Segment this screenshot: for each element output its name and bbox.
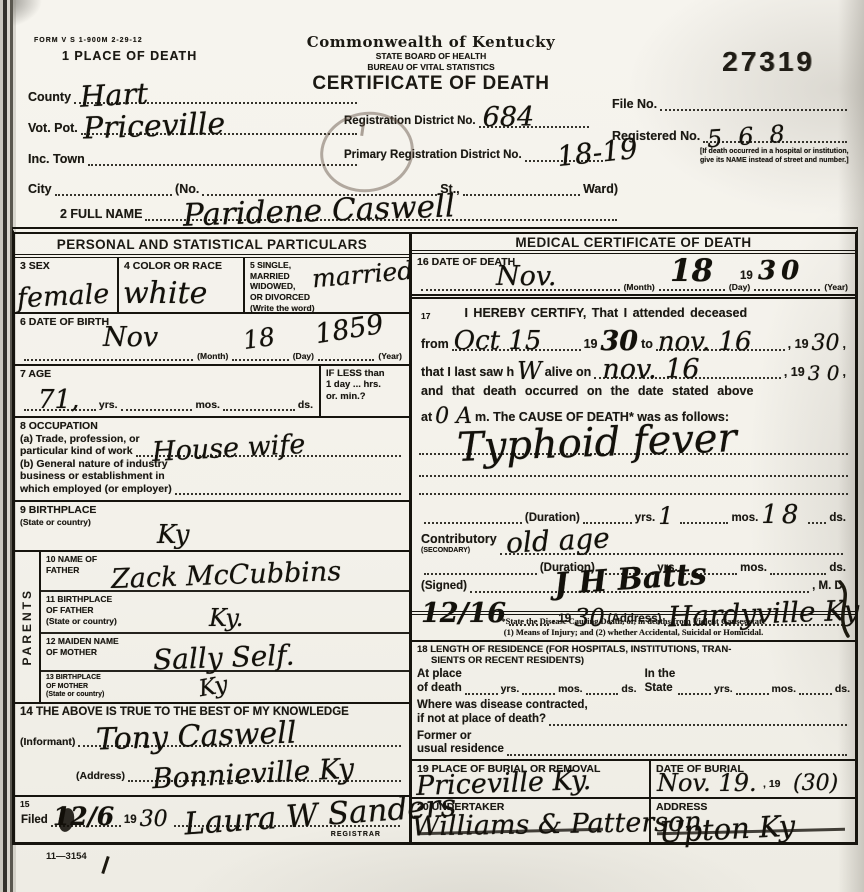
medical-certificate-title: MEDICAL CERTIFICATE OF DEATH [412,234,855,254]
filed-year-handwriting: 30 [140,809,168,831]
occupation-a-dotted-line: House wife [136,452,401,457]
attended-dates-line: from Oct 15 19 30 to nov. 16 , 19 30 , [419,325,848,352]
contracted-dots [549,721,847,726]
contributory-value-handwriting: old age [505,524,610,557]
father-birthplace-handwriting: Ky. [209,606,243,630]
from-label: from [421,337,449,352]
dob-month-sublabel: (Month) [197,351,228,362]
contributory-dotted-line: old age [500,550,843,555]
dod-year-sublabel: (Year) [824,282,848,293]
contracted-line2: if not at place of death? [417,713,850,727]
dod-month-sublabel: (Month) [624,282,655,293]
if-less-l2: 1 day ... hrs. [326,379,404,390]
occupation-row: 8 OCCUPATION (a) Trade, profession, or p… [15,418,409,502]
filed-row: 15 Filed 12/6 19 30 Laura W Sanders REGI… [15,797,409,842]
duration1-mos-label: mos. [731,512,758,526]
if-less-label: IF LESS than 1 day ... hrs. or. min.? [326,368,404,402]
res-yrs-dots [465,690,498,695]
last-saw-dotted-line: nov. 16 [594,374,781,379]
physician-signature-handwriting: J H Batts [553,559,708,600]
at-place-stack: At place of death [417,668,462,696]
from-year-handwriting: 30 [600,328,638,355]
age-value-handwriting: 71, [38,387,79,413]
death-occurred-line: and that death occurred on the date stat… [419,384,848,399]
contributory-label: Contributory [421,532,497,547]
form-code: FORM V S 1-900M 2-29-12 [34,37,143,46]
full-name-dotted-line: Paridene Caswell [145,216,617,221]
filed-line: Filed 12/6 19 30 Laura W Sanders [21,806,403,828]
last-saw-year-handwriting: 3 0 [808,363,840,383]
if-less-l1: IF LESS than [326,368,404,379]
age-row: 7 AGE 71, yrs. mos. ds. IF LESS tha [15,366,409,418]
age-yrs-label: yrs. [99,399,118,412]
undertaker-address-cell: ADDRESS Upton Ky [651,799,855,842]
personal-particulars-column: PERSONAL AND STATISTICAL PARTICULARS 3 S… [15,234,412,842]
secondary-note: (SECONDARY) [421,547,497,556]
parents-rows: 10 NAME OF FATHER Zack McCubbins 11 BIRT… [41,552,409,702]
res-mos: mos. [558,683,583,696]
from-dotted-line: Oct 15 [452,346,581,351]
certificate-number: 27319 [722,46,815,78]
death-certificate-scan: FORM V S 1-900M 2-29-12 1 PLACE OF DEATH… [0,0,864,892]
mother-name-handwriting: Sally Self. [153,641,295,674]
state-yrs-dots [678,690,711,695]
full-name-label: 2 FULL NAME [60,207,142,222]
inc-town-line: Inc. Town [28,152,360,167]
age-yrs-dotted-line: 71, [24,406,96,411]
age-ds-label: ds. [298,399,313,412]
informant-value-handwriting: Tony Caswell [96,719,297,756]
occupation-b-line3: which employed (or employer) [20,483,404,496]
registration-district-value-handwriting: 684 [483,104,535,131]
residence-label-line2: SIENTS OR RECENT RESIDENTS) [417,655,850,666]
informant-address-label: (Address) [76,770,125,783]
in-state-stack: In the State [645,668,676,696]
age-mos-label: mos. [195,399,220,412]
dod-day-dotted-line [659,286,725,291]
registrar-label: REGISTRAR [331,831,381,840]
occupation-b-label3: which employed (or employer) [20,483,172,496]
dob-year-sublabel: (Year) [378,351,402,362]
duration2-lead-dots [424,570,537,575]
duration1-dots-c [808,519,826,524]
if-less-cell: IF LESS than 1 day ... hrs. or. min.? [321,366,409,416]
age-mos-dotted-line [121,406,193,411]
duration2-mos-label: mos. [740,562,767,576]
sex-race-marital-row: 3 SEX female 4 COLOR OR RACE white 5 SIN… [15,258,409,314]
to-date-handwriting: nov. 16 [658,329,752,355]
ink-flourish-icon [832,580,860,640]
birthplace-row: 9 BIRTHPLACE (State or country) Ky [15,502,409,552]
to-label: to [641,337,653,352]
to-dotted-line: nov. 16 [656,346,785,351]
dod-year-handwriting: 30 [758,258,804,284]
vot-pot-value-handwriting: Priceville [82,110,225,145]
former-line1: Former or [417,730,850,744]
informant-line: (Informant) Tony Caswell [20,736,404,749]
occupation-b-dotted-line [175,490,401,495]
birthplace-label: 9 BIRTHPLACE [20,504,404,517]
informant-address-dotted-line: Bonnieville Ky [128,777,401,782]
race-cell: 4 COLOR OR RACE white [119,258,245,312]
personal-particulars-title: PERSONAL AND STATISTICAL PARTICULARS [15,234,409,258]
county-value-handwriting: Hart [79,79,149,112]
age-units-line: 71, yrs. mos. ds. [21,399,313,412]
street-no-label: (No. [175,182,199,197]
parents-vertical-label: PARENTS [15,552,41,702]
father-birthplace-row: 11 BIRTHPLACE OF FATHER (State or countr… [41,592,409,634]
full-name-value-handwriting: Paridene Caswell [183,191,456,231]
at-place-l2: of death [417,682,462,696]
undertaker-cell: 20 UNDERTAKER Williams & Patterson [412,799,651,842]
contributory-line: Contributory (SECONDARY) old age [419,532,848,556]
file-no-label: File No. [612,97,657,112]
signed-label: (Signed) [421,580,467,594]
death-occurred-text: and that death occurred on the date stat… [421,384,753,399]
res-ds-dots [586,690,619,695]
parents-section: PARENTS 10 NAME OF FATHER Zack McCubbins… [15,552,409,704]
state-ds-dots [799,690,832,695]
city-dotted-line [55,191,172,196]
certify-block: 17 I HEREBY CERTIFY, That I attended dec… [412,299,855,611]
filed-year-printed: 19 [124,814,137,828]
informant-row: 14 THE ABOVE IS TRUE TO THE BEST OF MY K… [15,704,409,797]
footnote-line2: (1) Means of Injury; and (2) whether Acc… [417,627,850,638]
to-year-printed: , 19 [788,337,809,352]
father-name-row: 10 NAME OF FATHER Zack McCubbins [41,552,409,592]
informant-label: (Informant) [20,736,75,749]
inc-town-dotted-line [88,161,357,166]
city-label: City [28,182,52,197]
cause-of-death-handwriting: Typhoid fever [456,418,737,468]
ward-label: Ward) [583,182,618,197]
dod-day-sublabel: (Day) [729,282,750,293]
registered-no-dotted-line: 568 [703,138,847,143]
contracted-label2: if not at place of death? [417,713,546,727]
duration1-ds-label: ds. [829,512,846,526]
occupation-label: 8 OCCUPATION [20,420,404,433]
registered-no-line: Registered No. 568 [612,129,850,144]
last-saw-line: that I last saw h W alive on nov. 16 , 1… [419,356,848,380]
burial-year-printed: , 19 [763,778,781,791]
duration1-ds-handwriting: 18 [761,502,802,528]
last-saw-her-handwriting: W [517,359,542,383]
inc-town-label: Inc. Town [28,152,85,167]
plate-code: 11—3154 [46,851,87,862]
county-label: County [28,90,71,105]
alive-on-label: alive on [545,365,592,380]
former-dots [507,751,847,756]
file-no-line: File No. [612,97,850,112]
informant-dotted-line: Tony Caswell [78,742,401,747]
burial-place-handwriting: Priceville Ky. [416,766,592,799]
medical-certificate-column: MEDICAL CERTIFICATE OF DEATH 16 DATE OF … [412,234,855,842]
state-board-line: STATE BOARD OF HEALTH [286,51,576,62]
duration2-ds-label: ds. [829,562,846,576]
voting-precinct-line: Vot. Pot. Priceville [28,121,360,136]
informant-address-handwriting: Bonnieville Ky [151,755,354,794]
age-cell: 7 AGE 71, yrs. mos. ds. [15,366,321,416]
commonwealth-title: Commonwealth of Kentucky [286,33,576,51]
dod-subline: (Month) (Day) (Year) [418,282,849,293]
burial-place-cell: 19 PLACE OF BURIAL OR REMOVAL Priceville… [412,761,651,796]
certify-heading-line: 17 I HEREBY CERTIFY, That I attended dec… [419,306,848,321]
dod-year-dotted-line [754,286,820,291]
state-mos-dots [736,690,769,695]
signed-line: (Signed) J H Batts , M. D. [419,580,848,594]
dob-year-dotted-line [318,356,374,361]
parents-label-text: PARENTS [20,588,34,665]
duration1-yrs-handwriting: 1 [658,504,673,528]
county-dotted-line: Hart [74,99,357,104]
vot-pot-label: Vot. Pot. [28,121,78,136]
certify-number: 17 [421,311,430,322]
last-saw-label: that I last saw h [421,365,514,380]
former-line2: usual residence [417,743,850,757]
burial-date-handwriting: Nov. 19. [657,771,757,795]
res-mos-dots [522,690,555,695]
marital-label-l4: OR DIVORCED [250,292,404,303]
duration1-lead-dots [424,519,522,524]
to-year-handwriting: 30 [812,333,840,355]
from-date-handwriting: Oct 15 [454,328,542,354]
sex-cell: 3 SEX female [15,258,119,312]
file-no-dotted-line [660,106,847,111]
duration2-dots-c [770,570,826,575]
father-bp-l1: 11 BIRTHPLACE [46,594,404,605]
dod-month-dotted-line [421,286,620,291]
registered-no-label: Registered No. [612,129,700,144]
contributory-label-stack: Contributory (SECONDARY) [421,532,497,556]
occupation-value-handwriting: House wife [151,431,306,466]
res-ds: ds. [621,683,636,696]
hospital-note: [If death occurred in a hospital or inst… [700,148,854,166]
contracted-line1: Where was disease contracted, [417,699,850,713]
footnote-row: *State the Disease Causing Death, or, in… [412,611,855,641]
mother-birthplace-handwriting: Ky [197,674,229,702]
footnote-line1: *State the Disease Causing Death, or, in… [417,616,850,627]
vot-pot-dotted-line: Priceville [81,130,357,135]
informant-address-line: (Address) Bonnieville Ky [20,770,404,783]
mother-birthplace-row: 13 BIRTHPLACE OF MOTHER (State or countr… [41,672,409,702]
certify-heading: I HEREBY CERTIFY, That I attended deceas… [464,306,747,321]
state-mos: mos. [772,683,797,696]
duration-line-1: (Duration) yrs. 1 mos. 18 ds. [419,499,848,525]
if-less-l3: or. min.? [326,391,404,402]
cause-of-death-block: Typhoid fever [419,433,848,477]
dob-day-dotted-line [232,356,288,361]
age-ds-dotted-line [223,406,295,411]
undertaker-row: 20 UNDERTAKER Williams & Patterson ADDRE… [412,799,855,842]
sex-label: 3 SEX [20,260,112,273]
from-year-printed: 19 [584,337,598,352]
race-label: 4 COLOR OR RACE [124,260,238,273]
occupation-b-line2: business or establishment in [20,470,404,483]
occupation-a-label2: particular kind of work [20,445,133,458]
at-label: at [421,410,432,425]
in-the-l1: In the [645,668,676,682]
residence-label-line1: 18 LENGTH OF RESIDENCE (FOR HOSPITALS, I… [417,644,850,655]
at-place-l1: At place [417,668,462,682]
certificate-body: PERSONAL AND STATISTICAL PARTICULARS 3 S… [12,227,858,845]
registered-no-value-handwriting: 568 [706,121,801,151]
last-saw-year-printed: , 19 [784,365,805,380]
signed-dotted-line: J H Batts [470,588,809,593]
duration1-dots-b [680,519,729,524]
agency-header: Commonwealth of Kentucky STATE BOARD OF … [286,33,576,95]
mother-name-row: 12 MAIDEN NAME OF MOTHER Sally Self. [41,634,409,671]
father-name-handwriting: Zack McCubbins [111,558,342,593]
in-the-l2: State [645,682,676,696]
state-ds: ds. [835,683,850,696]
place-of-death-label: 1 PLACE OF DEATH [62,49,197,64]
burial-row: 19 PLACE OF BURIAL OR REMOVAL Priceville… [412,761,855,798]
dob-subline: (Month) (Day) (Year) [21,351,403,362]
registration-district-dotted-line: 684 [479,123,589,128]
to-comma: , [843,337,846,352]
birthplace-note: (State or country) [20,517,404,528]
bureau-line: BUREAU OF VITAL STATISTICS [286,62,576,73]
full-name-line: 2 FULL NAME Paridene Caswell [60,207,620,222]
burial-year-handwriting: (30) [793,773,838,795]
age-label: 7 AGE [20,368,314,381]
marital-cell: 5 SINGLE, MARRIED WIDOWED, OR DIVORCED (… [245,258,409,312]
county-line: County Hart [28,90,360,105]
date-of-birth-row: 6 DATE OF BIRTH Nov 18 1859 (Month) (Day… [15,314,409,366]
dob-month-handwriting: Nov [103,324,158,351]
state-yrs: yrs. [714,683,733,696]
birthplace-value-handwriting: Ky [157,522,189,548]
sex-value-handwriting: female [16,281,110,313]
registrar-dotted-line: Laura W Sanders [174,822,400,827]
street-dotted-line [463,191,580,196]
primary-registration-dotted-line: 18-19 [525,157,603,162]
duration1-yrs-label: yrs. [635,512,655,526]
last-saw-comma: , [843,365,846,380]
residence-duration-line: At place of death yrs. mos. ds. In the S… [417,668,850,696]
last-saw-date-handwriting: nov. 16 [602,356,699,383]
filed-label: Filed [21,814,48,828]
race-value-handwriting: white [123,279,207,309]
dob-day-sublabel: (Day) [293,351,314,362]
occupation-a-line2: particular kind of work House wife [20,445,404,458]
former-label2: usual residence [417,743,504,757]
residence-row: 18 LENGTH OF RESIDENCE (FOR HOSPITALS, I… [412,642,855,762]
date-of-death-row: 16 DATE OF DEATH Nov. 18 19 30 (Month) (… [412,254,855,299]
cause-dotted-line-3 [419,477,848,495]
dob-day-handwriting: 18 [241,324,276,353]
res-yrs: yrs. [501,683,520,696]
dob-month-dotted-line [24,356,193,361]
burial-date-cell: DATE OF BURIAL Nov. 19. , 19 (30) [651,761,855,796]
